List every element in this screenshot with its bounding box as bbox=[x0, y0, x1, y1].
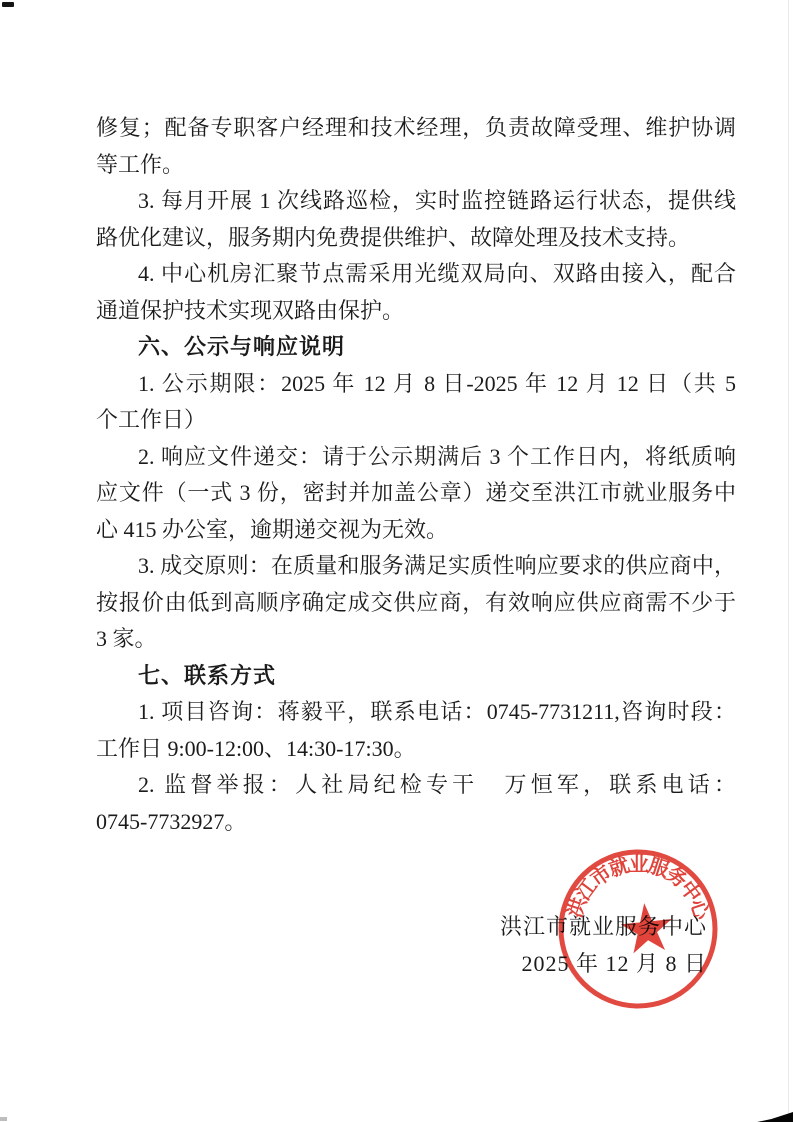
text-line: 工作日 9:00-12:00、14:30-17:30。 bbox=[96, 731, 736, 768]
document-body: 修复；配备专职客户经理和技术经理，负责故障受理、维护协调等工作。3. 每月开展 … bbox=[96, 110, 736, 840]
text-line: 七、联系方式 bbox=[96, 658, 736, 695]
text-line: 按报价由低到高顺序确定成交供应商，有效响应供应商需不少于 bbox=[96, 585, 736, 622]
item-3-line-inspection: 3. 每月开展 1 次线路巡检，实时监控链路运行状态，提供线路优化建议，服务期内… bbox=[96, 183, 736, 256]
item-2-response-document-submission: 2. 响应文件递交：请于公示期满后 3 个工作日内，将纸质响应文件（一式 3 份… bbox=[96, 439, 736, 549]
scan-edge-line bbox=[788, 0, 789, 1122]
text-line: 4. 中心机房汇聚节点需采用光缆双局向、双路由接入，配合 bbox=[96, 256, 736, 293]
scan-artifact-top-left bbox=[2, 2, 14, 7]
text-line: 3. 每月开展 1 次线路巡检，实时监控链路运行状态，提供线 bbox=[96, 183, 736, 220]
signature-date: 2025 年 12 月 8 日 bbox=[500, 945, 707, 982]
signature-organization: 洪江市就业服务中心 bbox=[500, 908, 707, 945]
text-line: 应文件（一式 3 份，密封并加盖公章）递交至洪江市就业服务中 bbox=[96, 475, 736, 512]
text-line: 等工作。 bbox=[96, 147, 736, 184]
text-line: 3. 成交原则：在质量和服务满足实质性响应要求的供应商中， bbox=[96, 548, 736, 585]
text-line: 1. 项目咨询：蒋毅平，联系电话：0745-7731211,咨询时段： bbox=[96, 694, 736, 731]
text-line: 六、公示与响应说明 bbox=[96, 329, 736, 366]
text-line: 通道保护技术实现双路由保护。 bbox=[96, 293, 736, 330]
text-line: 修复；配备专职客户经理和技术经理，负责故障受理、维护协调 bbox=[96, 110, 736, 147]
text-line: 1. 公示期限：2025 年 12 月 8 日-2025 年 12 月 12 日… bbox=[96, 366, 736, 403]
text-line: 路优化建议，服务期内免费提供维护、故障处理及技术支持。 bbox=[96, 220, 736, 257]
text-line: 心 415 办公室，逾期递交视为无效。 bbox=[96, 512, 736, 549]
section-heading-6-publicity-response: 六、公示与响应说明 bbox=[96, 329, 736, 366]
item-2-supervision-report: 2. 监督举报：人社局纪检专干 万恒军，联系电话：0745-7732927。 bbox=[96, 767, 736, 840]
continuation-paragraph-repair: 修复；配备专职客户经理和技术经理，负责故障受理、维护协调等工作。 bbox=[96, 110, 736, 183]
text-line: 2. 响应文件递交：请于公示期满后 3 个工作日内，将纸质响 bbox=[96, 439, 736, 476]
text-line: 2. 监督举报：人社局纪检专干 万恒军，联系电话： bbox=[96, 767, 736, 804]
item-3-award-principle: 3. 成交原则：在质量和服务满足实质性响应要求的供应商中，按报价由低到高顺序确定… bbox=[96, 548, 736, 658]
scanned-document-page: 修复；配备专职客户经理和技术经理，负责故障受理、维护协调等工作。3. 每月开展 … bbox=[0, 0, 793, 1122]
text-line: 个工作日） bbox=[96, 402, 736, 439]
section-heading-7-contact: 七、联系方式 bbox=[96, 658, 736, 695]
text-line: 0745-7732927。 bbox=[96, 804, 736, 841]
item-4-dual-route: 4. 中心机房汇聚节点需采用光缆双局向、双路由接入，配合通道保护技术实现双路由保… bbox=[96, 256, 736, 329]
scan-artifact-bottom-left bbox=[0, 1117, 7, 1121]
text-line: 3 家。 bbox=[96, 621, 736, 658]
item-1-publicity-period: 1. 公示期限：2025 年 12 月 8 日-2025 年 12 月 12 日… bbox=[96, 366, 736, 439]
item-1-project-consultation: 1. 项目咨询：蒋毅平，联系电话：0745-7731211,咨询时段：工作日 9… bbox=[96, 694, 736, 767]
signature-block: 洪江市就业服务中心 2025 年 12 月 8 日 bbox=[500, 908, 707, 982]
